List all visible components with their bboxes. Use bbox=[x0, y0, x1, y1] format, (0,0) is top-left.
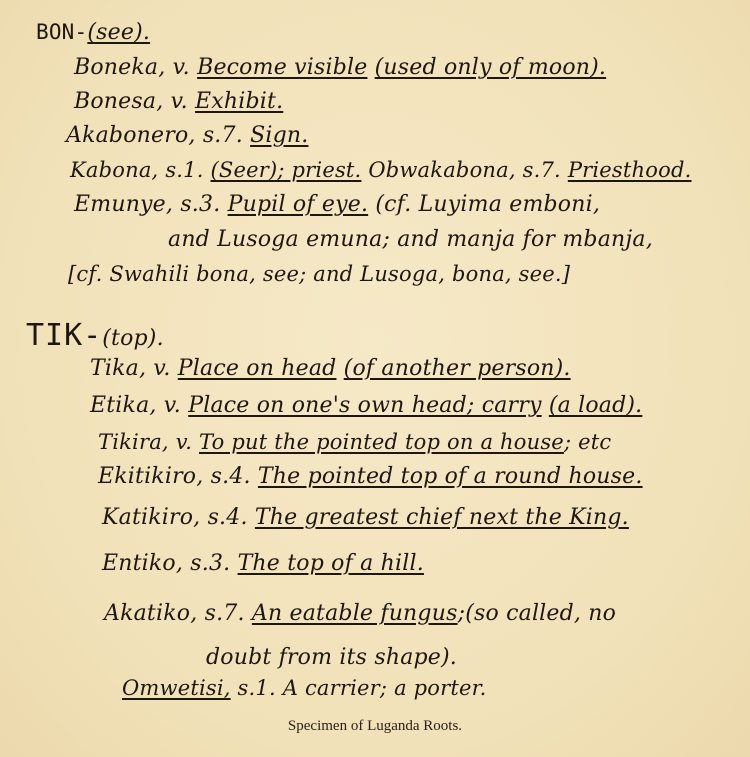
entry-note: (of another person). bbox=[344, 356, 571, 381]
entry-word: Tika, bbox=[90, 356, 146, 381]
root-gloss: (see). bbox=[87, 20, 150, 45]
entry-word: Boneka, bbox=[74, 55, 165, 80]
root-gloss: (top). bbox=[102, 326, 164, 351]
entry-class: v. bbox=[173, 55, 190, 80]
entry-extra-word: Obwakabona, bbox=[368, 158, 515, 182]
entry-meaning: Pupil of eye. bbox=[228, 192, 369, 217]
entry-class: v. bbox=[176, 430, 192, 454]
entry-continuation: [cf. Swahili bona, see; and Lusoga, bona… bbox=[68, 262, 570, 286]
entry-class: s.4. bbox=[211, 464, 251, 489]
entry-meaning: To put the pointed top on a house bbox=[199, 430, 564, 454]
entry-entiko: Entiko, s.3. The top of a hill. bbox=[102, 551, 424, 576]
entry-meaning: The greatest chief next the King. bbox=[255, 505, 629, 530]
entry-note: (cf. Luyima emboni, bbox=[375, 192, 600, 217]
entry-class: s.7. bbox=[205, 601, 245, 626]
entry-note: (a load). bbox=[549, 393, 643, 418]
entry-emunye: Emunye, s.3. Pupil of eye. (cf. Luyima e… bbox=[74, 192, 600, 217]
continuation-text: doubt from its shape). bbox=[206, 645, 457, 670]
entry-meaning: Become visible bbox=[197, 55, 367, 80]
entry-class: s.7. bbox=[203, 123, 243, 148]
entry-continuation: and Lusoga emuna; and manja for mbanja, bbox=[168, 227, 653, 252]
entry-class: v. bbox=[153, 356, 170, 381]
entry-class: s.3. bbox=[190, 551, 230, 576]
entry-class: v. bbox=[164, 393, 181, 418]
entry-meaning: Sign. bbox=[250, 123, 308, 148]
root-heading-bon: BON-(see). bbox=[36, 20, 150, 45]
entry-bonesa: Bonesa, v. Exhibit. bbox=[74, 89, 283, 114]
entry-meaning: Place on one's own head; carry bbox=[188, 393, 541, 418]
entry-meaning: A carrier; a porter. bbox=[283, 676, 487, 700]
entry-word: Etika, bbox=[90, 393, 157, 418]
entry-akabonero: Akabonero, s.7. Sign. bbox=[66, 123, 308, 148]
entry-extra-class: s.7. bbox=[523, 158, 561, 182]
entry-note: ; etc bbox=[564, 430, 611, 454]
entry-class: s.3. bbox=[180, 192, 220, 217]
entry-note: (used only of moon). bbox=[375, 55, 607, 80]
root-heading-tik: TIK-(top). bbox=[26, 318, 164, 353]
entry-word: Akabonero, bbox=[66, 123, 196, 148]
entry-tikira: Tikira, v. To put the pointed top on a h… bbox=[98, 430, 611, 454]
root-label: BON- bbox=[36, 20, 87, 44]
figure-caption: Specimen of Luganda Roots. bbox=[0, 718, 750, 735]
entry-continuation: doubt from its shape). bbox=[206, 645, 457, 670]
entry-word: Entiko, bbox=[102, 551, 183, 576]
entry-meaning: The pointed top of a round house. bbox=[258, 464, 643, 489]
entry-akatiko: Akatiko, s.7. An eatable fungus;(so call… bbox=[104, 601, 616, 626]
entry-omwetisi: Omwetisi, s.1. A carrier; a porter. bbox=[122, 676, 486, 700]
entry-note: ;(so called, no bbox=[458, 601, 617, 626]
entry-word: Kabona, bbox=[70, 158, 158, 182]
continuation-text: and Lusoga emuna; and manja for mbanja, bbox=[168, 227, 653, 252]
continuation-text: [cf. Swahili bona, see; and Lusoga, bona… bbox=[68, 262, 570, 286]
entry-class: v. bbox=[171, 89, 188, 114]
entry-meaning: The top of a hill. bbox=[238, 551, 424, 576]
entry-meaning: (Seer); priest. bbox=[211, 158, 362, 182]
entry-kabona: Kabona, s.1. (Seer); priest. Obwakabona,… bbox=[70, 158, 691, 182]
entry-word: Omwetisi, bbox=[122, 676, 231, 700]
entry-meaning: Exhibit. bbox=[195, 89, 283, 114]
entry-extra-meaning: Priesthood. bbox=[568, 158, 692, 182]
entry-class: s.1. bbox=[238, 676, 276, 700]
document-page: BON-(see). Boneka, v. Become visible (us… bbox=[0, 0, 750, 757]
entry-katikiro: Katikiro, s.4. The greatest chief next t… bbox=[102, 505, 629, 530]
entry-word: Katikiro, bbox=[102, 505, 200, 530]
entry-class: s.4. bbox=[208, 505, 248, 530]
entry-ekitikiro: Ekitikiro, s.4. The pointed top of a rou… bbox=[98, 464, 643, 489]
entry-meaning: An eatable fungus bbox=[252, 601, 458, 626]
entry-boneka: Boneka, v. Become visible (used only of … bbox=[74, 55, 606, 80]
entry-word: Emunye, bbox=[74, 192, 173, 217]
entry-tika: Tika, v. Place on head (of another perso… bbox=[90, 356, 571, 381]
entry-word: Akatiko, bbox=[104, 601, 197, 626]
entry-meaning: Place on head bbox=[178, 356, 337, 381]
entry-word: Bonesa, bbox=[74, 89, 163, 114]
entry-word: Tikira, bbox=[98, 430, 169, 454]
entry-etika: Etika, v. Place on one's own head; carry… bbox=[90, 393, 642, 418]
entry-class: s.1. bbox=[165, 158, 203, 182]
root-label: TIK- bbox=[26, 318, 102, 353]
entry-word: Ekitikiro, bbox=[98, 464, 203, 489]
